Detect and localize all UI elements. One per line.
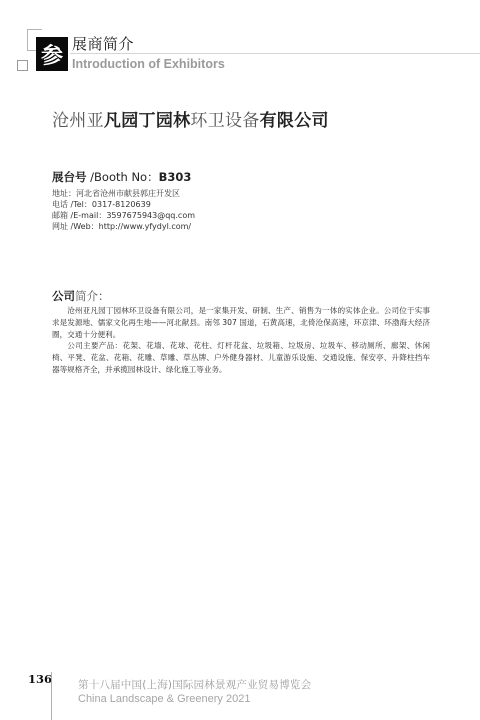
- header-divider: [70, 53, 480, 54]
- footer-event-en: China Landscape & Greenery 2021: [78, 693, 250, 705]
- company-name: 沧州亚凡园丁园林环卫设备有限公司: [52, 106, 329, 131]
- company-name-part: 沧州: [52, 111, 87, 131]
- booth-label-cn: 展台号: [52, 170, 87, 184]
- contact-tel: 电话 /Tel：0317-8120639: [52, 199, 195, 210]
- booth-value: B303: [159, 170, 192, 184]
- section-title-cn: 展商简介: [72, 33, 134, 54]
- company-name-part: 有限公司: [260, 111, 329, 131]
- intro-body: 沧州亚凡园丁园林环卫设备有限公司，是一家集开发、研制、生产、销售为一体的实体企业…: [52, 305, 430, 376]
- contact-email: 邮箱 /E-mail：3597675943@qq.com: [52, 210, 195, 221]
- booth-number: 展台号 /Booth No：B303: [52, 169, 191, 185]
- company-name-part: 亚: [87, 111, 104, 131]
- footer-event-cn: 第十八届中国(上海)国际园林景观产业贸易博览会: [78, 677, 311, 692]
- intro-heading-light: 简介：: [75, 289, 110, 303]
- company-name-part: 凡园丁园林: [104, 111, 191, 131]
- section-badge-icon: 参: [36, 37, 68, 71]
- section-title-en: Introduction of Exhibitors: [72, 57, 225, 71]
- intro-heading-bold: 公司: [52, 289, 75, 303]
- header-decoration-small-square: [17, 60, 28, 71]
- contact-address: 地址：河北省沧州市献县郭庄开发区: [52, 188, 195, 199]
- booth-label-en: /Booth No：: [87, 170, 159, 184]
- contact-info: 地址：河北省沧州市献县郭庄开发区 电话 /Tel：0317-8120639 邮箱…: [52, 188, 195, 232]
- intro-paragraph: 沧州亚凡园丁园林环卫设备有限公司，是一家集开发、研制、生产、销售为一体的实体企业…: [52, 305, 430, 340]
- contact-web: 网址 /Web：http://www.yfydyl.com/: [52, 221, 195, 232]
- intro-heading: 公司简介：: [52, 288, 110, 304]
- section-badge-char: 参: [41, 39, 63, 70]
- intro-paragraph: 公司主要产品：花架、花墙、花球、花柱、灯杆花盆、垃圾箱、垃圾房、垃圾车、移动厕所…: [52, 340, 430, 375]
- footer-divider: [51, 672, 52, 720]
- company-name-part: 环卫设备: [190, 111, 259, 131]
- page-number: 136: [28, 672, 52, 686]
